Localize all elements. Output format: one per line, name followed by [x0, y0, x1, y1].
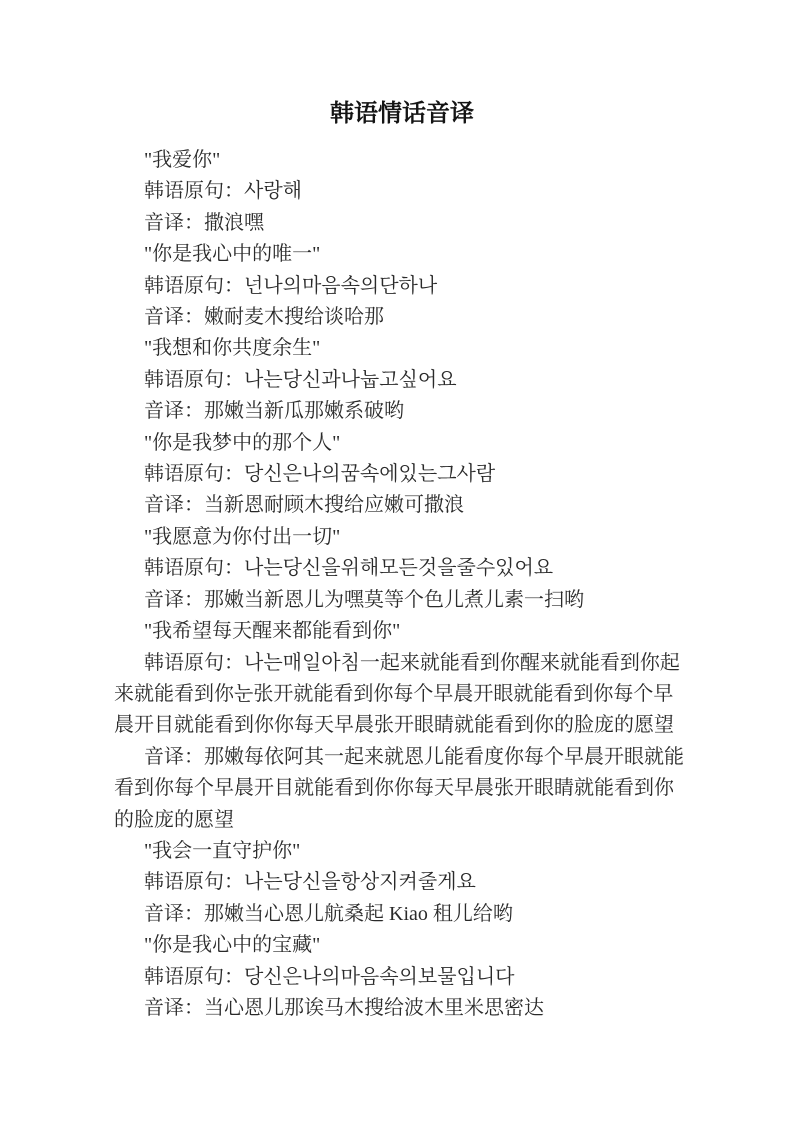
- korean-line: 韩语原句：나는당신을항상지켜줄게요: [114, 867, 690, 898]
- transliteration-label: 音译：: [144, 589, 204, 611]
- phrase-entry: "你是我心中的宝藏" 韩语原句：당신은나의마음속의보물입니다 音译：当心恩儿那诶…: [114, 930, 690, 1024]
- phrase-line: "我想和你共度余生": [114, 333, 690, 364]
- korean-text: 나는당신과나눕고싶어요: [244, 369, 457, 391]
- page-title: 韩语情话音译: [114, 97, 690, 131]
- korean-label: 韩语原句：: [144, 871, 244, 893]
- transliteration-text: 那嫩当新恩儿为嘿莫等个色儿煮儿素一扫哟: [204, 589, 584, 611]
- korean-line: 韩语原句：당신은나의꿈속에있는그사람: [114, 459, 690, 490]
- transliteration-line: 音译：那嫩当心恩儿航桑起 Kiao 租儿给哟: [114, 899, 690, 930]
- transliteration-label: 音译：: [144, 212, 204, 234]
- phrase-entry: "我想和你共度余生" 韩语原句：나는당신과나눕고싶어요 音译：那嫩当新瓜那嫩系破…: [114, 333, 690, 427]
- korean-line: 韩语原句：사랑해: [114, 176, 690, 207]
- transliteration-text: 当心恩儿那诶马木搜给波木里米思密达: [204, 997, 544, 1019]
- korean-text: 나는당신을항상지켜줄게요: [244, 871, 476, 893]
- korean-label: 韩语原句：: [144, 463, 244, 485]
- transliteration-line: 音译：那嫩当新瓜那嫩系破哟: [114, 396, 690, 427]
- korean-text: 나는당신을위해모든것을줄수있어요: [244, 557, 553, 579]
- korean-line: 韩语原句：나는매일아침一起来就能看到你醒来就能看到你起来就能看到你눈张开就能看到…: [114, 648, 690, 742]
- phrase-line: "我希望每天醒来都能看到你": [114, 616, 690, 647]
- transliteration-label: 音译：: [144, 903, 204, 925]
- transliteration-line: 音译：当心恩儿那诶马木搜给波木里米思密达: [114, 993, 690, 1024]
- korean-line: 韩语原句：넌나의마음속의단하나: [114, 271, 690, 302]
- phrase-line: "你是我梦中的那个人": [114, 428, 690, 459]
- transliteration-line: 音译：那嫩当新恩儿为嘿莫等个色儿煮儿素一扫哟: [114, 585, 690, 616]
- phrase-entry: "我愿意为你付出一切" 韩语原句：나는당신을위해모든것을줄수있어요 音译：那嫩当…: [114, 522, 690, 616]
- transliteration-label: 音译：: [144, 997, 204, 1019]
- phrase-entry: "你是我梦中的那个人" 韩语原句：당신은나의꿈속에있는그사람 音译：当新恩耐顾木…: [114, 428, 690, 522]
- transliteration-text: 撒浪嘿: [204, 212, 264, 234]
- korean-text: 당신은나의마음속의보물입니다: [244, 966, 514, 988]
- korean-line: 韩语原句：당신은나의마음속의보물입니다: [114, 962, 690, 993]
- phrase-line: "我会一直守护你": [114, 836, 690, 867]
- phrase-line: "我愿意为你付出一切": [114, 522, 690, 553]
- transliteration-label: 音译：: [144, 746, 204, 768]
- phrase-entry: "我希望每天醒来都能看到你" 韩语原句：나는매일아침一起来就能看到你醒来就能看到…: [114, 616, 690, 836]
- phrase-line: "你是我心中的宝藏": [114, 930, 690, 961]
- korean-line: 韩语原句：나는당신과나눕고싶어요: [114, 365, 690, 396]
- korean-text: 사랑해: [244, 180, 302, 202]
- transliteration-text: 那嫩当心恩儿航桑起 Kiao 租儿给哟: [204, 903, 513, 925]
- korean-label: 韩语原句：: [144, 180, 244, 202]
- phrase-entry: "我爱你" 韩语原句：사랑해 音译：撒浪嘿: [114, 145, 690, 239]
- korean-label: 韩语原句：: [144, 275, 244, 297]
- korean-label: 韩语原句：: [144, 369, 244, 391]
- phrase-line: "我爱你": [114, 145, 690, 176]
- transliteration-label: 音译：: [144, 494, 204, 516]
- korean-text: 당신은나의꿈속에있는그사람: [244, 463, 495, 485]
- transliteration-label: 音译：: [144, 306, 204, 328]
- document-page: 韩语情话音译 "我爱你" 韩语原句：사랑해 音译：撒浪嘿 "你是我心中的唯一" …: [0, 0, 800, 1131]
- korean-text: 넌나의마음속의단하나: [244, 275, 437, 297]
- entries-list: "我爱你" 韩语原句：사랑해 音译：撒浪嘿 "你是我心中的唯一" 韩语原句：넌나…: [114, 145, 690, 1024]
- transliteration-text: 那嫩当新瓜那嫩系破哟: [204, 400, 404, 422]
- transliteration-line: 音译：那嫩每依阿其一起来就恩儿能看度你每个早晨开眼就能看到你每个早晨开目就能看到…: [114, 742, 690, 836]
- transliteration-line: 音译：嫩耐麦木搜给谈哈那: [114, 302, 690, 333]
- transliteration-text: 当新恩耐顾木搜给应嫩可撒浪: [204, 494, 464, 516]
- phrase-entry: "你是我心中的唯一" 韩语原句：넌나의마음속의단하나 音译：嫩耐麦木搜给谈哈那: [114, 239, 690, 333]
- phrase-entry: "我会一直守护你" 韩语原句：나는당신을항상지켜줄게요 音译：那嫩当心恩儿航桑起…: [114, 836, 690, 930]
- korean-label: 韩语原句：: [144, 652, 244, 674]
- korean-label: 韩语原句：: [144, 557, 244, 579]
- transliteration-text: 嫩耐麦木搜给谈哈那: [204, 306, 384, 328]
- phrase-line: "你是我心中的唯一": [114, 239, 690, 270]
- korean-line: 韩语原句：나는당신을위해모든것을줄수있어요: [114, 553, 690, 584]
- transliteration-line: 音译：撒浪嘿: [114, 208, 690, 239]
- korean-label: 韩语原句：: [144, 966, 244, 988]
- transliteration-label: 音译：: [144, 400, 204, 422]
- transliteration-line: 音译：当新恩耐顾木搜给应嫩可撒浪: [114, 490, 690, 521]
